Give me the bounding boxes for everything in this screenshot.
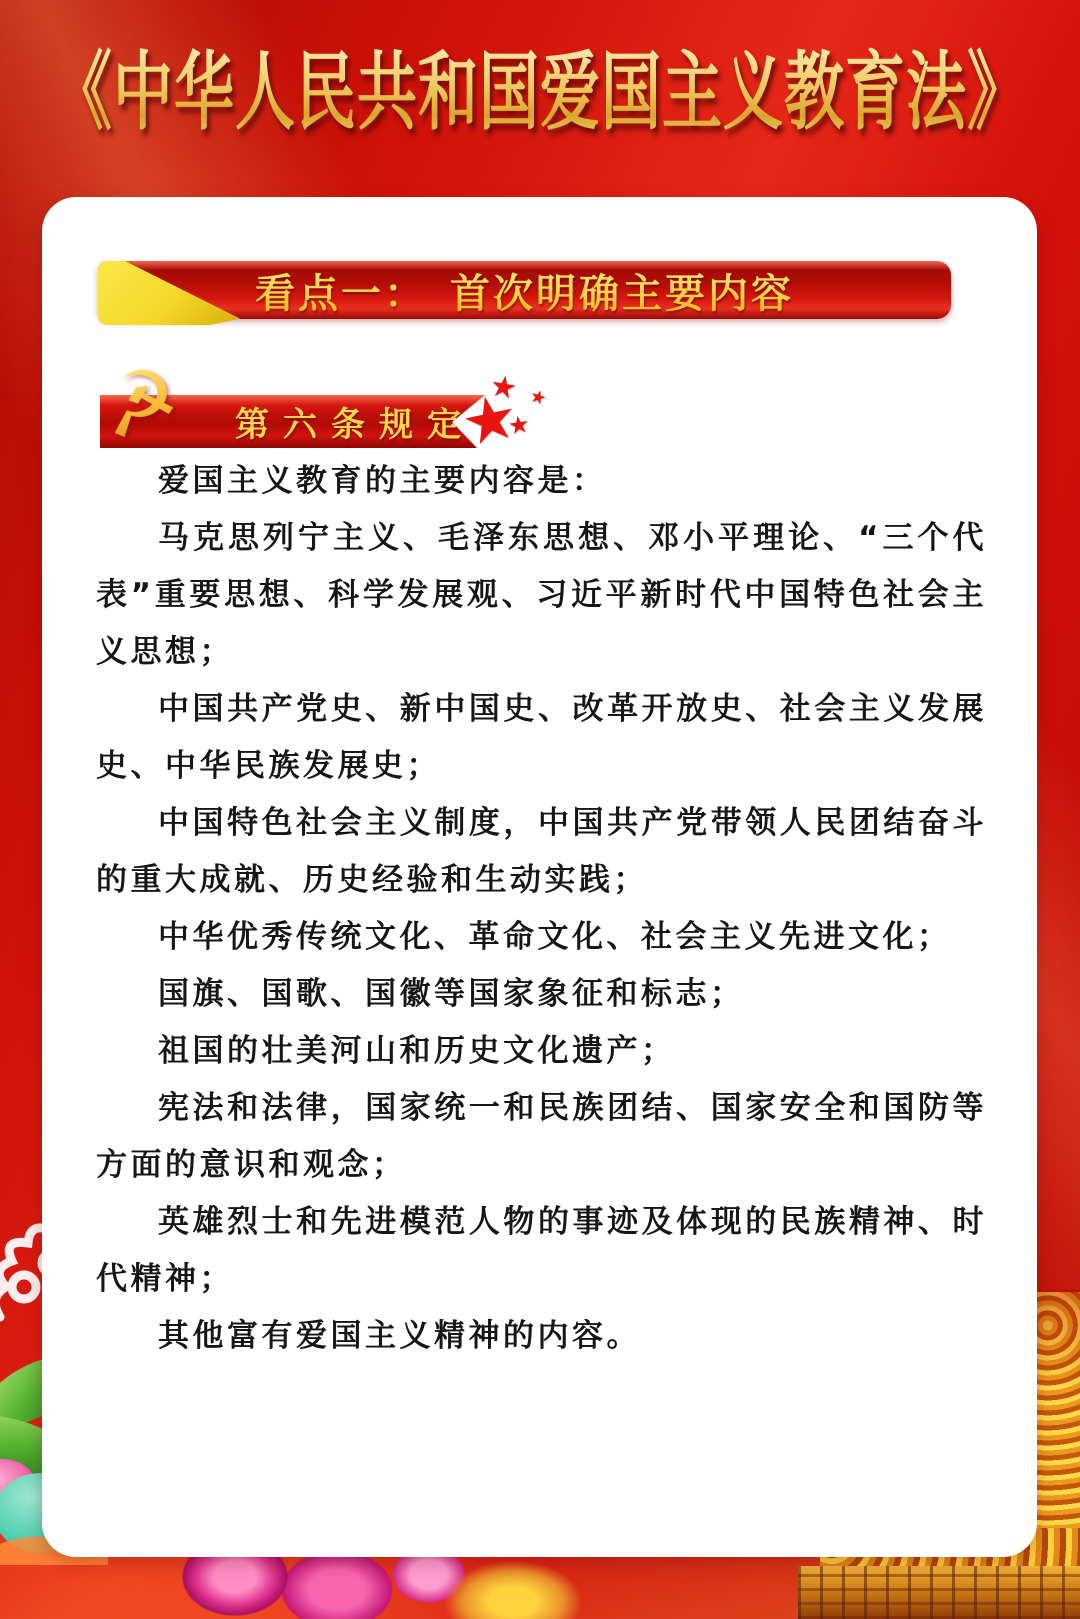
paragraph: 爱国主义教育的主要内容是： [96, 453, 987, 510]
poster-background: 《中华人民共和国爱国主义教育法》 看点一： 首次明确主要内容 第六条规定 ☭ ★… [0, 0, 1080, 1619]
paragraph: 祖国的壮美河山和历史文化遗产； [96, 1023, 987, 1080]
golden-railing-ornament [798, 1566, 1080, 1619]
star-icon: ★ [488, 371, 520, 405]
paragraph: 中国特色社会主义制度，中国共产党带领人民团结奋斗的重大成就、历史经验和生动实践； [96, 795, 987, 909]
gold-flower-ornament [428, 1558, 598, 1619]
paragraph: 中国共产党史、新中国史、改革开放史、社会主义发展史、中华民族发展史； [96, 681, 987, 795]
content-card: 看点一： 首次明确主要内容 第六条规定 ☭ ★ ★ ★ ★ 爱国主义教育的主要内… [42, 197, 1037, 1557]
poster-title: 《中华人民共和国爱国主义教育法》 [0, 25, 1080, 147]
highlight-banner: 看点一： 首次明确主要内容 [98, 261, 951, 319]
star-icon: ★ [506, 412, 531, 439]
paragraph: 中华优秀传统文化、革命文化、社会主义先进文化； [96, 909, 987, 966]
paragraph: 英雄烈士和先进模范人物的事迹及体现的民族精神、时代精神； [96, 1194, 987, 1308]
party-emblem-icon: ☭ [94, 354, 187, 454]
paragraph: 国旗、国歌、国徽等国家象征和标志； [96, 966, 987, 1023]
paragraph: 马克思列宁主义、毛泽东思想、邓小平理论、“三个代表”重要思想、科学发展观、习近平… [96, 510, 987, 681]
paragraph: 宪法和法律，国家统一和民族团结、国家安全和国防等方面的意识和观念； [96, 1080, 987, 1194]
highlight-banner-label: 看点一： 首次明确主要内容 [98, 261, 951, 319]
body-text: 爱国主义教育的主要内容是：马克思列宁主义、毛泽东思想、邓小平理论、“三个代表”重… [96, 453, 987, 1365]
paragraph: 其他富有爱国主义精神的内容。 [96, 1308, 987, 1365]
lion-statue-ornament [1034, 1292, 1080, 1570]
article-ribbon-label: 第六条规定 [235, 395, 475, 448]
star-icon: ★ [528, 387, 549, 409]
